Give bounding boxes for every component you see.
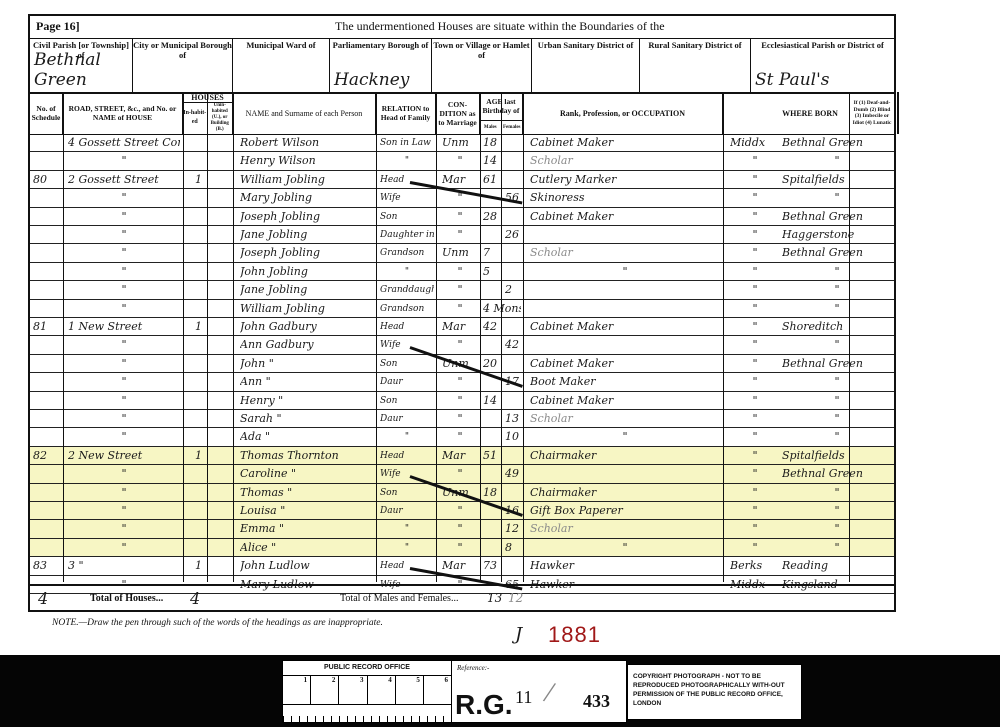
cell-relation: Granddaughter xyxy=(380,281,434,298)
cell-female xyxy=(505,244,523,261)
col-road: ROAD, STREET, &c., and No. or NAME of HO… xyxy=(63,92,183,134)
cell-female: 10 xyxy=(505,428,523,445)
cell-female: 26 xyxy=(505,226,523,243)
cell-schedule xyxy=(33,134,61,151)
cell-name: Henry Wilson xyxy=(240,152,374,169)
cell-female: 8 xyxy=(505,539,523,556)
cell-place: " xyxy=(782,263,892,280)
cell-condition: " xyxy=(442,465,478,482)
cell-condition: " xyxy=(442,226,478,243)
cell-schedule xyxy=(33,355,61,372)
cell-schedule xyxy=(33,244,61,261)
record-office-title: PUBLIC RECORD OFFICE xyxy=(283,661,451,676)
cell-county: " xyxy=(730,226,780,243)
total-females: 12 xyxy=(508,591,523,605)
cell-place: " xyxy=(782,428,892,445)
cell-relation: " xyxy=(380,152,434,169)
cell-place: Haggerstone xyxy=(782,226,892,243)
cell-road: " xyxy=(68,208,180,225)
cell-schedule: 83 xyxy=(33,557,61,574)
cell-inh xyxy=(195,134,215,151)
cell-place: Reading xyxy=(782,557,892,574)
col-inhabited: In-habit-ed xyxy=(183,103,208,133)
district-value: Hackney xyxy=(334,70,409,90)
total-houses-handwritten: 4 xyxy=(38,589,48,608)
reference-label: Reference:- xyxy=(457,664,489,672)
cell-occupation: " xyxy=(530,263,720,280)
cell-occupation: Chairmaker xyxy=(530,484,720,501)
cell-occupation: Gift Box Paperer xyxy=(530,502,720,519)
cell-occupation: Cabinet Maker xyxy=(530,318,720,335)
cell-inh xyxy=(195,208,215,225)
cell-road: " xyxy=(68,336,180,353)
cell-schedule xyxy=(33,226,61,243)
scale-segment: 3 xyxy=(339,676,367,704)
col-occupation: Rank, Profession, or OCCUPATION xyxy=(523,92,723,134)
cell-place: Shoreditch xyxy=(782,318,892,335)
table-row: "Joseph JoblingSon"28Cabinet Maker"Bethn… xyxy=(30,208,894,226)
cell-condition: " xyxy=(442,410,478,427)
col-uninhabited: Unin-habited (U.), or Building (B.) xyxy=(208,103,232,133)
cell-condition: " xyxy=(442,502,478,519)
cell-place: " xyxy=(782,410,892,427)
cell-place: Bethnal Green xyxy=(782,465,892,482)
cell-place: " xyxy=(782,189,892,206)
cell-schedule xyxy=(33,189,61,206)
cell-name: Robert Wilson xyxy=(240,134,374,151)
cell-condition: " xyxy=(442,520,478,537)
cell-occupation xyxy=(530,300,720,317)
district-label: Urban Sanitary District of xyxy=(532,40,639,50)
cell-schedule xyxy=(33,336,61,353)
cell-road: " xyxy=(68,502,180,519)
district-cell: Civil Parish [or Township] ofBethnal Gre… xyxy=(30,38,133,92)
cell-schedule: 80 xyxy=(33,171,61,188)
cell-female xyxy=(505,171,523,188)
cell-road: " xyxy=(68,465,180,482)
cell-county: " xyxy=(730,502,780,519)
ruler xyxy=(283,705,451,722)
cell-place: " xyxy=(782,484,892,501)
cell-county: Middx xyxy=(730,134,780,151)
cell-female xyxy=(505,392,523,409)
table-row: "Caroline "Wife"49"Bethnal Green xyxy=(30,465,894,483)
cell-relation: Son xyxy=(380,392,434,409)
cell-occupation: Scholar xyxy=(530,244,720,261)
cell-road: " xyxy=(68,281,180,298)
cell-county: " xyxy=(730,428,780,445)
cell-county: " xyxy=(730,300,780,317)
cell-schedule xyxy=(33,281,61,298)
record-office-label: PUBLIC RECORD OFFICE 123456 Reference:- … xyxy=(282,660,627,723)
cell-place: " xyxy=(782,152,892,169)
district-cell: Municipal Ward of xyxy=(233,38,330,92)
cell-place: " xyxy=(782,281,892,298)
cell-name: Joseph Jobling xyxy=(240,208,374,225)
cell-road: " xyxy=(68,300,180,317)
district-cell: Rural Sanitary District of xyxy=(640,38,751,92)
cell-condition: " xyxy=(442,300,478,317)
cell-inh xyxy=(195,189,215,206)
cell-inh xyxy=(195,300,215,317)
scale-segment: 1 xyxy=(283,676,311,704)
cell-inh xyxy=(195,336,215,353)
cell-name: Ann Gadbury xyxy=(240,336,374,353)
cell-condition: Mar xyxy=(442,171,478,188)
col-name: NAME and Surname of each Person xyxy=(233,92,376,134)
district-label: Rural Sanitary District of xyxy=(640,40,750,50)
total-males: 13 xyxy=(487,591,502,605)
cell-name: Thomas Thornton xyxy=(240,447,374,464)
table-row: 802 Gossett Street1William JoblingHeadMa… xyxy=(30,171,894,189)
cell-relation: Daur xyxy=(380,410,434,427)
boundary-heading: The undermentioned Houses are situate wi… xyxy=(335,19,665,34)
cell-condition: " xyxy=(442,281,478,298)
title-bar: Page 16] The undermentioned Houses are s… xyxy=(30,16,894,39)
table-row: "Henry "Son"14Cabinet Maker"" xyxy=(30,392,894,410)
cell-occupation: Cabinet Maker xyxy=(530,208,720,225)
cell-place: " xyxy=(782,373,892,390)
cell-county: " xyxy=(730,465,780,482)
district-row: Civil Parish [or Township] ofBethnal Gre… xyxy=(30,38,894,94)
cell-relation: Daur xyxy=(380,373,434,390)
cell-occupation xyxy=(530,226,720,243)
table-row: 833 "1John LudlowHeadMar73HawkerBerksRea… xyxy=(30,557,894,575)
cell-road: " xyxy=(68,520,180,537)
cell-occupation: Chairmaker xyxy=(530,447,720,464)
cell-relation: Daughter in Law xyxy=(380,226,434,243)
cell-name: Joseph Jobling xyxy=(240,244,374,261)
district-label: Town or Village or Hamlet of xyxy=(432,40,531,60)
cell-condition: " xyxy=(442,208,478,225)
cell-schedule xyxy=(33,208,61,225)
column-headers: No. of Schedule ROAD, STREET, &c., and N… xyxy=(30,92,894,135)
cell-relation: Daur xyxy=(380,502,434,519)
cell-county: " xyxy=(730,520,780,537)
cell-female: 2 xyxy=(505,281,523,298)
cell-schedule xyxy=(33,373,61,390)
table-row: "Jane JoblingGranddaughter"2"" xyxy=(30,281,894,299)
cell-relation: Head xyxy=(380,447,434,464)
cell-occupation xyxy=(530,336,720,353)
cell-relation: Head xyxy=(380,318,434,335)
cell-occupation: Cabinet Maker xyxy=(530,392,720,409)
cell-inh xyxy=(195,502,215,519)
cell-county: " xyxy=(730,336,780,353)
cell-schedule xyxy=(33,152,61,169)
cell-female xyxy=(505,134,523,151)
cell-place: Spitalfields xyxy=(782,447,892,464)
table-row: 811 New Street1John GadburyHeadMar42Cabi… xyxy=(30,318,894,336)
tick-mark: J xyxy=(515,624,522,645)
cell-name: Jane Jobling xyxy=(240,226,374,243)
table-row: 822 New Street1Thomas ThorntonHeadMar51C… xyxy=(30,447,894,465)
cell-road: 1 New Street xyxy=(68,318,180,335)
scale-segment: 2 xyxy=(311,676,339,704)
cell-inh xyxy=(195,355,215,372)
cell-inh xyxy=(195,281,215,298)
table-row: "Ada """10""" xyxy=(30,428,894,446)
district-value: St Paul's xyxy=(755,70,829,90)
cell-inh xyxy=(195,484,215,501)
cell-county: " xyxy=(730,171,780,188)
cell-road: " xyxy=(68,152,180,169)
cell-schedule: 82 xyxy=(33,447,61,464)
table-row: "Emma """12Scholar"" xyxy=(30,520,894,538)
total-houses-inhabited: 4 xyxy=(190,589,200,608)
district-cell: Town or Village or Hamlet of xyxy=(432,38,532,92)
cell-relation: " xyxy=(380,428,434,445)
cell-county: " xyxy=(730,208,780,225)
cell-county: " xyxy=(730,318,780,335)
scale-segment: 5 xyxy=(396,676,424,704)
cell-condition: Unm xyxy=(442,244,478,261)
cell-road: " xyxy=(68,392,180,409)
cell-female xyxy=(505,263,523,280)
cell-schedule xyxy=(33,484,61,501)
table-row: "John Jobling""5""" xyxy=(30,263,894,281)
cell-name: Ann " xyxy=(240,373,374,390)
cell-place: Bethnal Green xyxy=(782,134,892,151)
cell-schedule xyxy=(33,263,61,280)
cell-occupation: Cabinet Maker xyxy=(530,134,720,151)
table-row: "Henry Wilson""14Scholar"" xyxy=(30,152,894,170)
cell-schedule xyxy=(33,465,61,482)
cell-county: " xyxy=(730,355,780,372)
cell-name: Caroline " xyxy=(240,465,374,482)
cell-relation: " xyxy=(380,520,434,537)
totals-row: 4 Total of Houses... 4 Total of Males an… xyxy=(30,584,894,614)
census-year: 1881 xyxy=(548,622,601,648)
cell-place: " xyxy=(782,539,892,556)
district-cell: City or Municipal Borough of xyxy=(133,38,233,92)
cell-inh: 1 xyxy=(195,447,215,464)
cell-relation: " xyxy=(380,263,434,280)
cell-place: Bethnal Green xyxy=(782,355,892,372)
col-females: Females xyxy=(502,121,523,134)
scale-segment: 4 xyxy=(368,676,396,704)
cell-relation: " xyxy=(380,539,434,556)
cell-occupation xyxy=(530,281,720,298)
table-row: "Alice """8""" xyxy=(30,539,894,557)
col-houses: HOUSES In-habit-ed Unin-habited (U.), or… xyxy=(183,92,233,134)
cell-name: Emma " xyxy=(240,520,374,537)
col-condition: CON-DITION as to Marriage xyxy=(436,92,480,134)
cell-inh: 1 xyxy=(195,171,215,188)
cell-relation: Grandson xyxy=(380,244,434,261)
scale-box: PUBLIC RECORD OFFICE 123456 xyxy=(283,661,452,722)
table-row: "Joseph JoblingGrandsonUnm7Scholar"Bethn… xyxy=(30,244,894,262)
cell-schedule xyxy=(33,392,61,409)
cell-female: 12 xyxy=(505,520,523,537)
cell-name: John Ludlow xyxy=(240,557,374,574)
cell-name: John Gadbury xyxy=(240,318,374,335)
cell-place: Bethnal Green xyxy=(782,208,892,225)
cell-road: 3 " xyxy=(68,557,180,574)
cell-schedule xyxy=(33,520,61,537)
scale-segment: 6 xyxy=(424,676,451,704)
cell-occupation: Skinoress xyxy=(530,189,720,206)
col-relation: RELATION to Head of Family xyxy=(376,92,436,134)
cell-occupation: " xyxy=(530,428,720,445)
cell-inh: 1 xyxy=(195,557,215,574)
census-page: Page 16] The undermentioned Houses are s… xyxy=(28,14,896,612)
cell-schedule xyxy=(33,410,61,427)
cell-relation: Wife xyxy=(380,189,434,206)
cell-inh xyxy=(195,465,215,482)
cell-road: " xyxy=(68,244,180,261)
cell-condition: Mar xyxy=(442,557,478,574)
table-row: "William JoblingGrandson"4 Mons"" xyxy=(30,300,894,318)
page-number: Page 16] xyxy=(36,19,80,34)
district-cell: Parliamentary Borough ofHackney xyxy=(330,38,432,92)
footnote: NOTE.—Draw the pen through such of the w… xyxy=(52,618,383,628)
cell-name: Ada " xyxy=(240,428,374,445)
cell-county: " xyxy=(730,152,780,169)
table-row: 4 Gossett Street Cont'dRobert WilsonSon … xyxy=(30,134,894,152)
cell-road: " xyxy=(68,410,180,427)
cell-condition: Mar xyxy=(442,318,478,335)
cell-female xyxy=(505,557,523,574)
cell-inh xyxy=(195,520,215,537)
scale-bar: 123456 xyxy=(283,676,451,705)
cell-relation: Son xyxy=(380,484,434,501)
cell-name: Thomas " xyxy=(240,484,374,501)
cell-condition: " xyxy=(442,539,478,556)
cell-name: Mary Jobling xyxy=(240,189,374,206)
cell-occupation: Cabinet Maker xyxy=(530,355,720,372)
cell-name: Alice " xyxy=(240,539,374,556)
total-houses-label: Total of Houses... xyxy=(90,593,163,604)
cell-road: 2 Gossett Street xyxy=(68,171,180,188)
table-row: "Louisa "Daur"16Gift Box Paperer"" xyxy=(30,502,894,520)
table-row: "Sarah "Daur"13Scholar"" xyxy=(30,410,894,428)
cell-county: " xyxy=(730,373,780,390)
cell-road: " xyxy=(68,263,180,280)
cell-condition: " xyxy=(442,392,478,409)
cell-road: " xyxy=(68,539,180,556)
cell-condition: " xyxy=(442,152,478,169)
cell-name: William Jobling xyxy=(240,171,374,188)
table-row: "Ann GadburyWife"42"" xyxy=(30,336,894,354)
cell-county: " xyxy=(730,539,780,556)
cell-county: " xyxy=(730,392,780,409)
cell-female: 49 xyxy=(505,465,523,482)
cell-female xyxy=(505,355,523,372)
cell-female xyxy=(505,208,523,225)
cell-inh xyxy=(195,410,215,427)
cell-relation: Son xyxy=(380,208,434,225)
cell-schedule xyxy=(33,539,61,556)
district-label: Parliamentary Borough of xyxy=(330,40,431,50)
copyright-notice: COPYRIGHT PHOTOGRAPH - NOT TO BE REPRODU… xyxy=(627,664,802,720)
cell-road: " xyxy=(68,373,180,390)
cell-condition: Mar xyxy=(442,447,478,464)
cell-place: Spitalfields xyxy=(782,171,892,188)
series-code: R.G. xyxy=(455,689,513,721)
cell-place: Bethnal Green xyxy=(782,244,892,261)
cell-county: " xyxy=(730,244,780,261)
piece-number: 11 xyxy=(515,687,532,708)
district-label: Municipal Ward of xyxy=(233,40,329,50)
cell-inh xyxy=(195,392,215,409)
cell-name: Jane Jobling xyxy=(240,281,374,298)
cell-occupation: Boot Maker xyxy=(530,373,720,390)
cell-name: William Jobling xyxy=(240,300,374,317)
cell-inh xyxy=(195,152,215,169)
cell-occupation: Scholar xyxy=(530,520,720,537)
cell-condition: " xyxy=(442,263,478,280)
cell-female xyxy=(505,484,523,501)
col-infirmity: If (1) Deaf-and-Dumb (2) Blind (3) Imbec… xyxy=(850,92,894,134)
cell-occupation: Cutlery Marker xyxy=(530,171,720,188)
cell-schedule: 81 xyxy=(33,318,61,335)
cell-road: 2 New Street xyxy=(68,447,180,464)
col-males: Males xyxy=(480,121,502,134)
cell-condition: " xyxy=(442,373,478,390)
cell-schedule xyxy=(33,300,61,317)
cell-female xyxy=(505,300,523,317)
cell-county: " xyxy=(730,484,780,501)
district-cell: Ecclesiastical Parish or District ofSt P… xyxy=(751,38,894,92)
cell-occupation xyxy=(530,465,720,482)
cell-road: " xyxy=(68,189,180,206)
col-schedule: No. of Schedule xyxy=(30,92,63,134)
cell-county: " xyxy=(730,410,780,427)
cell-road: " xyxy=(68,355,180,372)
cell-name: John " xyxy=(240,355,374,372)
cell-county: " xyxy=(730,189,780,206)
cell-condition: Unm xyxy=(442,134,478,151)
cell-county: " xyxy=(730,447,780,464)
cell-name: Sarah " xyxy=(240,410,374,427)
cell-name: Louisa " xyxy=(240,502,374,519)
cell-occupation: Scholar xyxy=(530,410,720,427)
cell-condition: " xyxy=(442,428,478,445)
cell-condition: " xyxy=(442,336,478,353)
cell-occupation: Hawker xyxy=(530,557,720,574)
cell-inh xyxy=(195,539,215,556)
cell-road: " xyxy=(68,226,180,243)
cell-inh xyxy=(195,226,215,243)
cell-female xyxy=(505,318,523,335)
cell-inh xyxy=(195,428,215,445)
cell-occupation: " xyxy=(530,539,720,556)
district-cell: Urban Sanitary District of xyxy=(532,38,640,92)
district-label: City or Municipal Borough of xyxy=(133,40,232,60)
cell-name: John Jobling xyxy=(240,263,374,280)
folio-number: 433 xyxy=(583,691,610,712)
cell-name: Henry " xyxy=(240,392,374,409)
table-row: "Jane JoblingDaughter in Law"26"Haggerst… xyxy=(30,226,894,244)
total-persons-label: Total of Males and Females... xyxy=(340,593,458,604)
cell-county: " xyxy=(730,281,780,298)
district-value: Bethnal Green xyxy=(34,50,132,90)
cell-inh xyxy=(195,244,215,261)
cell-female: 13 xyxy=(505,410,523,427)
cell-road: 4 Gossett Street Cont'd xyxy=(68,134,180,151)
cell-female xyxy=(505,447,523,464)
cell-road: " xyxy=(68,428,180,445)
cell-county: Berks xyxy=(730,557,780,574)
cell-schedule xyxy=(33,502,61,519)
cell-place: " xyxy=(782,336,892,353)
cell-place: " xyxy=(782,520,892,537)
cell-female: 42 xyxy=(505,336,523,353)
cell-place: " xyxy=(782,502,892,519)
cell-relation: Grandson xyxy=(380,300,434,317)
cell-occupation: Scholar xyxy=(530,152,720,169)
